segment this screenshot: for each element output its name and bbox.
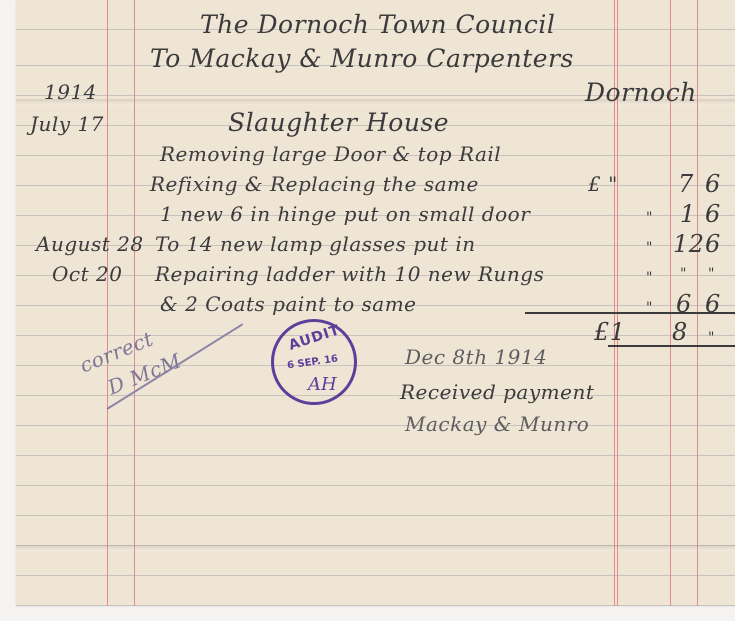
total-pounds: £1 bbox=[594, 318, 626, 346]
margin-line-left bbox=[107, 0, 108, 606]
entry-pence: 6 bbox=[705, 200, 721, 228]
total-underline bbox=[608, 345, 735, 347]
paper-fold bbox=[16, 545, 735, 551]
entry-shillings: 7 bbox=[678, 170, 694, 198]
stamp-label: AUDIT bbox=[287, 322, 342, 354]
receipt-signature: Mackay & Munro bbox=[405, 412, 589, 436]
entry-description: 1 new 6 in hinge put on small door bbox=[160, 202, 530, 226]
sum-line bbox=[525, 312, 735, 314]
total-pence: " bbox=[708, 330, 715, 346]
entry-pounds: £ " bbox=[588, 172, 618, 196]
year: 1914 bbox=[44, 80, 97, 104]
audit-stamp: AUDIT 6 SEP. 16 AH bbox=[271, 319, 357, 405]
place: Dornoch bbox=[585, 78, 697, 107]
entry-pounds: " bbox=[646, 210, 653, 226]
entry-description: Repairing ladder with 10 new Rungs bbox=[155, 262, 544, 286]
entry-date: Oct 20 bbox=[52, 262, 122, 286]
entry-shillings: 1 bbox=[680, 200, 696, 228]
entry-pounds: " bbox=[646, 240, 653, 256]
entry-date: July 17 bbox=[30, 112, 104, 136]
entry-pence: 6 bbox=[705, 170, 721, 198]
entry-pence: 6 bbox=[705, 230, 721, 258]
addressee: The Dornoch Town Council bbox=[200, 10, 555, 39]
entry-description: To 14 new lamp glasses put in bbox=[155, 232, 476, 256]
entry-description: & 2 Coats paint to same bbox=[160, 292, 417, 316]
receipt-text: Received payment bbox=[400, 380, 594, 404]
stamp-initials: AH bbox=[308, 374, 337, 395]
entry-shillings: " bbox=[680, 266, 687, 282]
entry-pence: 6 bbox=[705, 290, 721, 318]
margin-line-pence bbox=[697, 0, 698, 606]
entry-description: Removing large Door & top Rail bbox=[160, 142, 501, 166]
total-shillings: 8 bbox=[672, 318, 688, 346]
entry-date: August 28 bbox=[36, 232, 144, 256]
entry-pounds: " bbox=[646, 300, 653, 316]
heading: Slaughter House bbox=[228, 108, 449, 137]
margin-line-left-2 bbox=[134, 0, 135, 606]
entry-description: Refixing & Replacing the same bbox=[150, 172, 479, 196]
entry-pence: " bbox=[708, 266, 715, 282]
entry-pounds: " bbox=[646, 270, 653, 286]
from-line: To Mackay & Munro Carpenters bbox=[150, 44, 574, 73]
stamp-date: 6 SEP. 16 bbox=[286, 353, 338, 371]
entry-shillings: 6 bbox=[676, 290, 692, 318]
entry-shillings: 12 bbox=[673, 230, 705, 258]
receipt-date: Dec 8th 1914 bbox=[405, 345, 547, 369]
